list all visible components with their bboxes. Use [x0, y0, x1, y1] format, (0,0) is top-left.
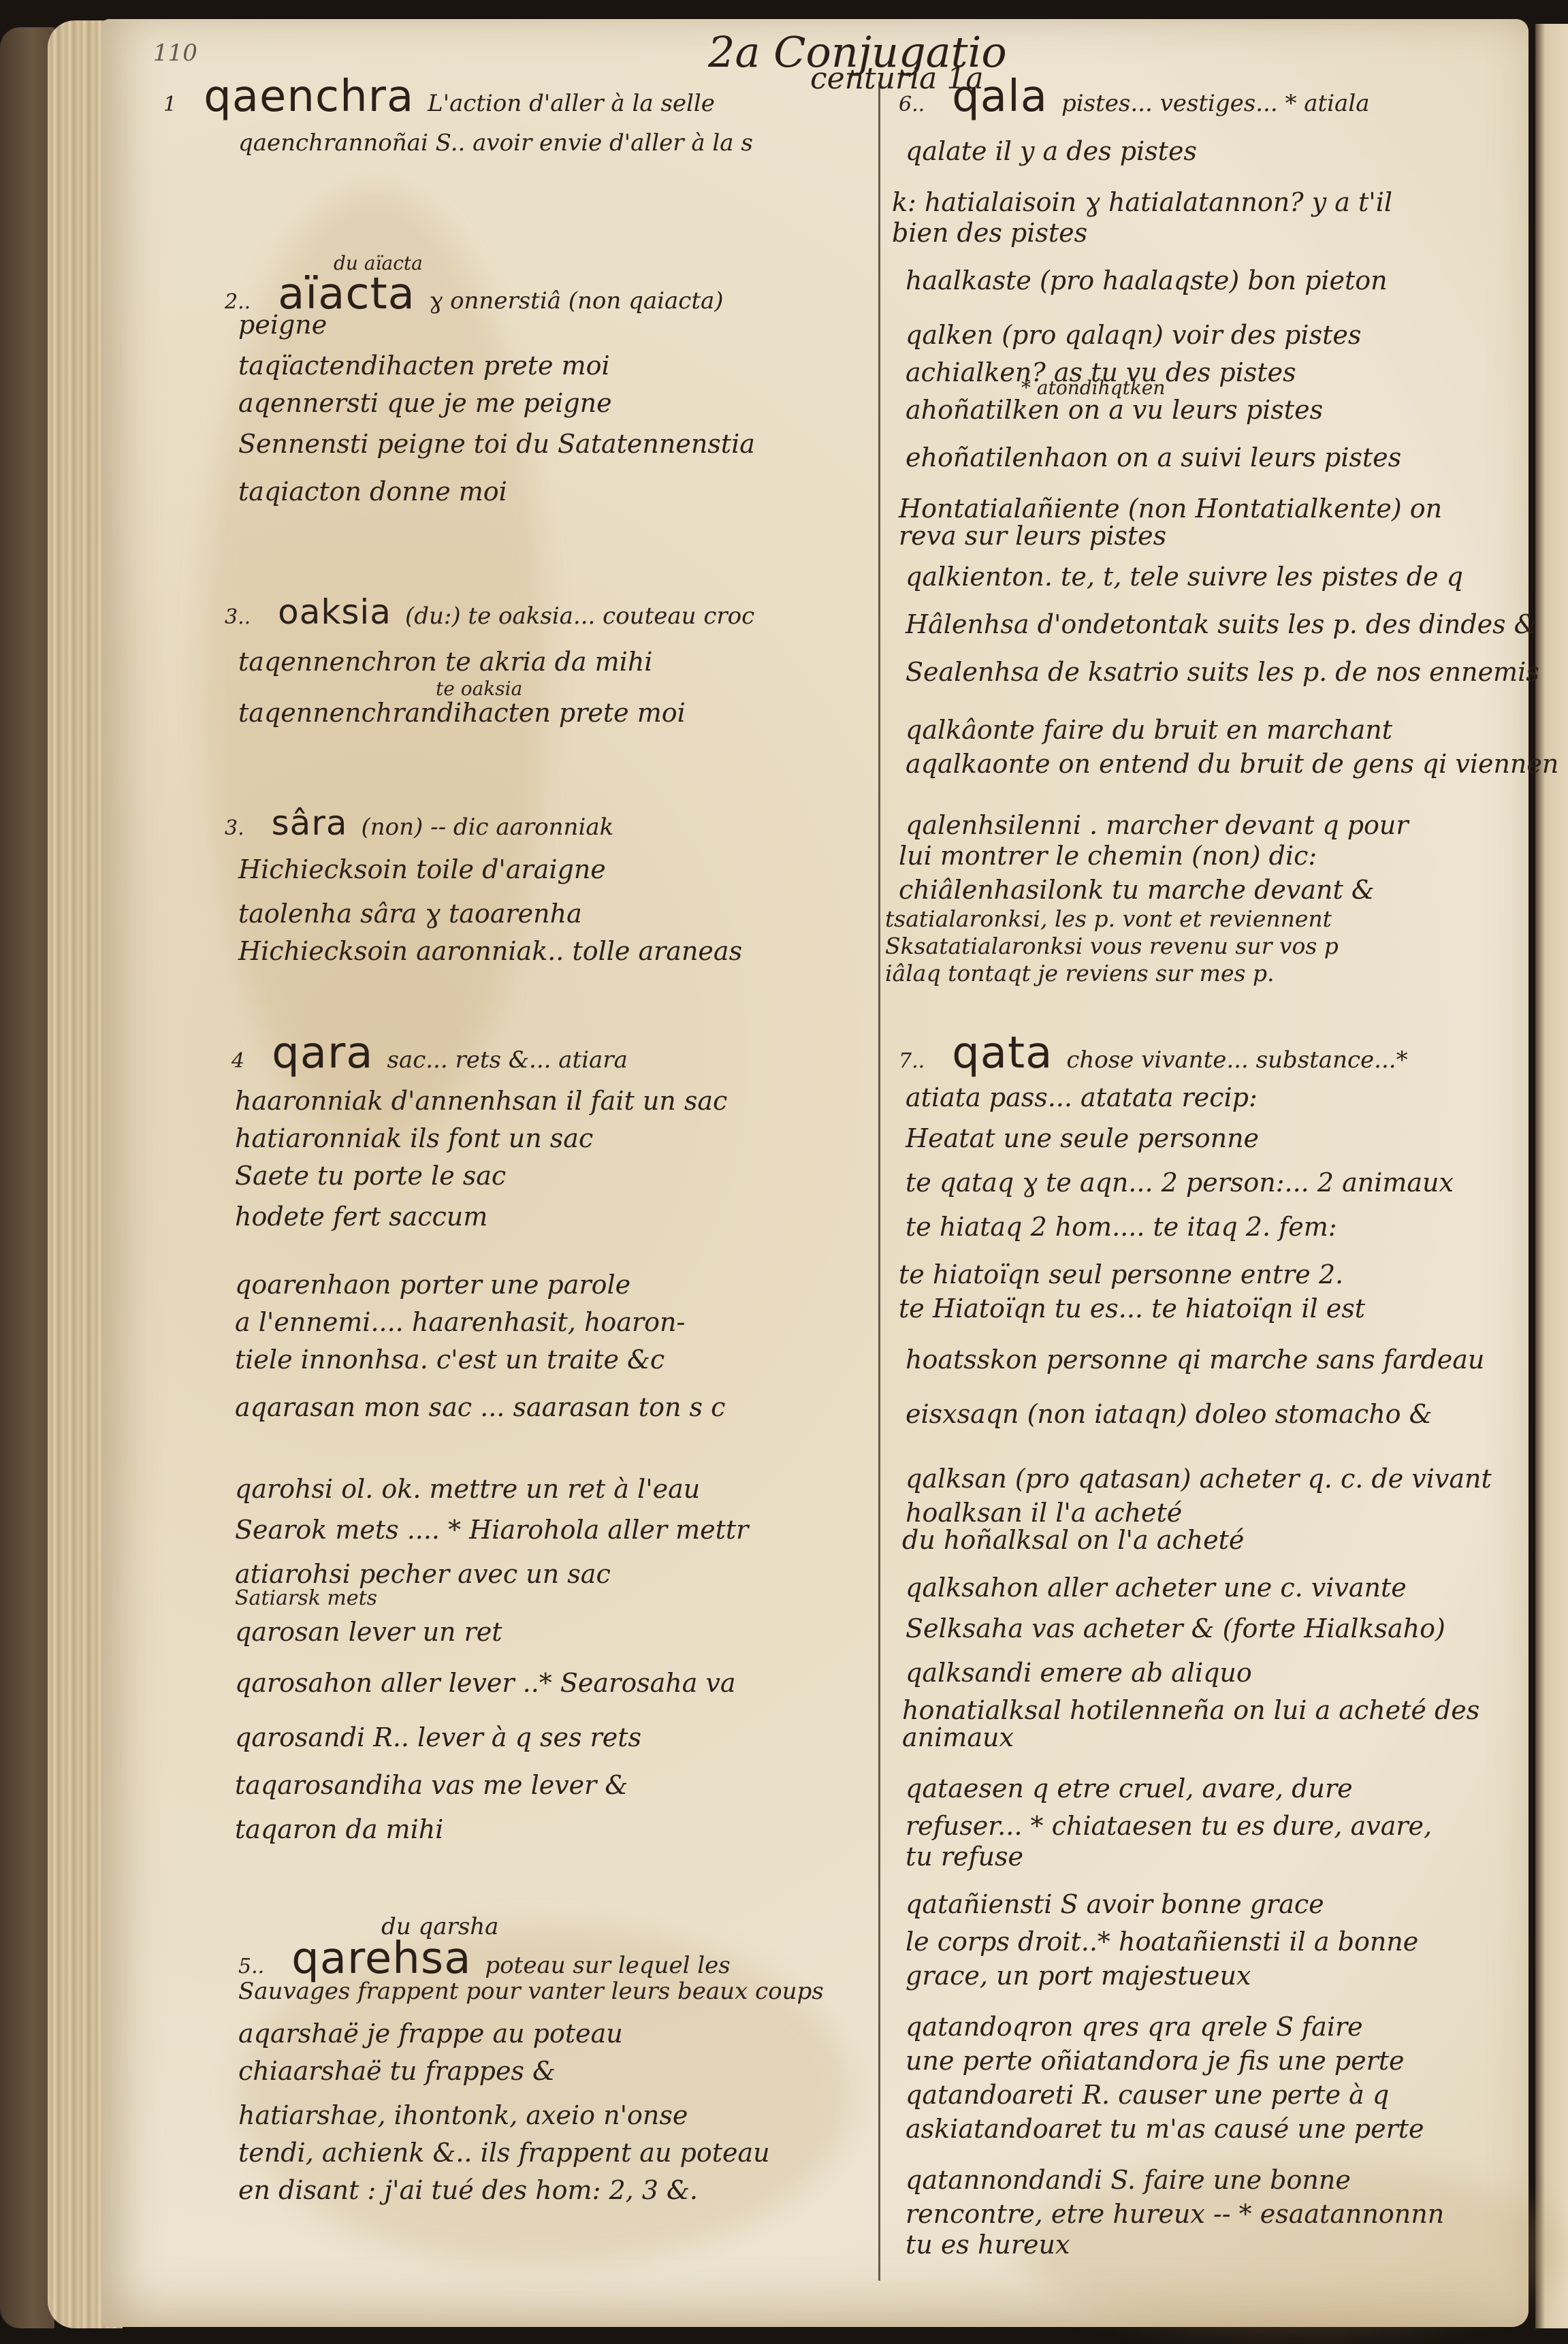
headword: qarehsa — [291, 1933, 471, 1984]
column-divider — [878, 82, 880, 2281]
entry-line: qalate il y a des pistes — [906, 136, 1197, 166]
entry-line: tu refuse — [906, 1842, 1023, 1872]
entry-line: te hiataq 2 hom.... te itaq 2. fem: — [906, 1212, 1337, 1242]
entry-line: qarosandi R.. lever à q ses rets — [235, 1722, 641, 1752]
entry-line: honatialksal hotilenneña on lui a acheté… — [902, 1695, 1479, 1725]
entry-line: aqennersti que je me peigne — [238, 388, 612, 418]
entry-line: qalkâonte faire du bruit en marchant — [906, 715, 1392, 745]
entry-number: 4 — [231, 1049, 244, 1073]
entry-line: iâlaq tontaqt je reviens sur mes p. — [885, 960, 1275, 986]
entry-line: atiata pass... atatata recip: — [906, 1082, 1258, 1112]
entry-line: Hichiecksoin aaronniak.. tolle araneas — [238, 936, 742, 966]
entry-line: qatannondandi S. faire une bonne — [906, 2165, 1351, 2195]
entry-line: le corps droit..* hoatañiensti il a bonn… — [906, 1927, 1418, 1957]
entry-line: te qataq ɣ te aqn... 2 person:... 2 anim… — [906, 1168, 1454, 1198]
entry-line: askiatandoaret tu m'as causé une perte — [906, 2114, 1424, 2144]
entry-heading: 1qaenchraL'action d'aller à la selle — [163, 71, 715, 122]
page-number: 110 — [153, 39, 197, 67]
gloss: ɣ onnerstiâ (non qaiacta) — [429, 287, 724, 315]
entry-line: hodete fert saccum — [235, 1202, 487, 1232]
entry-line: lui montrer le chemin (non) dic: — [899, 841, 1317, 871]
gloss: chose vivante... substance...* — [1066, 1046, 1407, 1074]
entry-line: hoalksan il l'a acheté — [906, 1498, 1182, 1528]
headword: qara — [272, 1028, 373, 1078]
entry-line: tu es hureux — [906, 2230, 1070, 2260]
entry-line: rencontre, etre hureux -- * esaatannonnn — [906, 2199, 1444, 2229]
entry-line: qataesen q etre cruel, avare, dure — [906, 1773, 1353, 1803]
entry-line: hoatsskon personne qi marche sans fardea… — [906, 1345, 1484, 1375]
entry-line: qaenchrannoñai S.. avoir envie d'aller à… — [238, 129, 753, 157]
entry-line: Searok mets .... * Hiarohola aller mettr — [235, 1515, 748, 1545]
entry-line: Sauvages frappent pour vanter leurs beau… — [238, 1978, 824, 2005]
entry-heading: 4qarasac... rets &... atiara — [231, 1028, 628, 1078]
entry-line: te Hiatoïqn tu es... te hiatoïqn il est — [899, 1294, 1365, 1323]
entry-line: qarohsi ol. ok. mettre un ret à l'eau — [235, 1474, 700, 1504]
entry-number: 1 — [163, 93, 176, 116]
entry-number: 3. — [225, 816, 244, 840]
entry-line: tendi, achienk &.. ils frappent au potea… — [238, 2138, 770, 2168]
entry-line: Hâlenhsa d'ondetontak suits les p. des d… — [906, 609, 1537, 639]
entry-line: Sealenhsa de ksatrio suits les p. de nos… — [906, 657, 1539, 687]
entry-line: haaronniak d'annenhsan il fait un sac — [235, 1086, 727, 1116]
entry-line: aqalkaonte on entend du bruit de gens qi… — [906, 749, 1558, 779]
entry-line: une perte oñiatandora je fis une perte — [906, 2046, 1405, 2076]
entry-line: qalenhsilenni . marcher devant q pour — [906, 810, 1409, 840]
entry-line: haalkaste (pro haalaqste) bon pieton — [906, 266, 1388, 295]
headword: oaksia — [278, 592, 391, 632]
entry-line: taqarosandiha vas me lever & — [235, 1770, 628, 1800]
entry-number: 6.. — [899, 93, 925, 116]
entry-line: chiâlenhasilonk tu marche devant & — [899, 875, 1375, 905]
entry-line: qatañiensti S avoir bonne grace — [906, 1889, 1324, 1919]
entry-line: hatiaronniak ils font un sac — [235, 1123, 593, 1153]
entry-line: qatandoqron qres qra qrele S faire — [906, 2012, 1363, 2042]
headword: sâra — [272, 803, 348, 843]
entry-line: taqennenchrandihacten prete moi — [238, 698, 686, 728]
entry-line: chiaarshaë tu frappes & — [238, 2056, 556, 2086]
entry-heading: 3..oaksia(du:) te oaksia... couteau croc — [225, 592, 754, 632]
entry-line: qalkienton. te, t, tele suivre les piste… — [906, 562, 1463, 592]
entry-line: bien des pistes — [892, 218, 1087, 248]
entry-line: Sksatatialaronksi vous revenu sur vos p — [885, 933, 1339, 959]
gloss: sac... rets &... atiara — [387, 1046, 627, 1074]
superscript-note: te oaksia — [436, 677, 522, 700]
entry-line: qarosan lever un ret — [235, 1617, 502, 1647]
entry-line: taqaron da mihi — [235, 1814, 443, 1844]
entry-line: k: hatialaisoin ɣ hatialatannon? y a t'i… — [892, 187, 1392, 217]
entry-line: aqarasan mon sac ... saarasan ton s c — [235, 1392, 725, 1422]
headword: qata — [952, 1028, 1053, 1078]
gloss: pistes... vestiges... * atiala — [1061, 90, 1369, 117]
entry-line: du hoñalksal on l'a acheté — [902, 1525, 1244, 1555]
entry-line: tsatialaronksi, les p. vont et reviennen… — [885, 905, 1332, 932]
entry-line: tiele innonhsa. c'est un traite &c — [235, 1345, 665, 1375]
entry-line: a l'ennemi.... haarenhasit, hoaron- — [235, 1307, 685, 1337]
headword: qala — [952, 71, 1048, 122]
entry-line: en disant : j'ai tué des hom: 2, 3 &. — [238, 2175, 698, 2205]
entry-line: qoarenhaon porter une parole — [235, 1270, 630, 1300]
entry-line: Satiarsk mets — [235, 1586, 377, 1610]
entry-line: qatandoareti R. causer une perte à q — [906, 2080, 1389, 2110]
entry-line: qalksandi emere ab aliquo — [906, 1658, 1252, 1688]
entry-line: eisxsaqn (non iataqn) doleo stomacho & — [906, 1399, 1432, 1429]
entry-line: Heatat une seule personne — [906, 1123, 1259, 1153]
entry-line: Saete tu porte le sac — [235, 1161, 506, 1191]
entry-line: hatiarshae, ihontonk, axeio n'onse — [238, 2100, 688, 2130]
entry-heading: 7..qatachose vivante... substance...* — [899, 1028, 1408, 1078]
entry-line: grace, un port majestueux — [906, 1961, 1251, 1991]
entry-number: 5.. — [238, 1955, 264, 1978]
entry-line: qalken (pro qalaqn) voir des pistes — [906, 320, 1361, 350]
entry-number: 7.. — [899, 1049, 925, 1073]
entry-line: animaux — [902, 1722, 1014, 1752]
entry-line: taqïactendihacten prete moi — [238, 351, 610, 381]
entry-line: te hiatoïqn seul personne entre 2. — [899, 1259, 1343, 1289]
entry-line: ehoñatilenhaon on a suivi leurs pistes — [906, 443, 1401, 472]
entry-line: aqarshaë je frappe au poteau — [238, 2019, 623, 2049]
entry-line: ahoñatilken on a vu leurs pistes — [906, 395, 1323, 425]
entry-line: qalksan (pro qatasan) acheter q. c. de v… — [906, 1464, 1492, 1494]
entry-line: qarosahon aller lever ..* Searosaha va — [235, 1668, 736, 1698]
entry-line: atiarohsi pecher avec un sac — [235, 1559, 611, 1589]
entry-number: 3.. — [225, 605, 251, 629]
entry-line: taqiacton donne moi — [238, 477, 507, 507]
entry-line: peigne — [238, 310, 327, 340]
entry-heading: 6..qalapistes... vestiges... * atiala — [899, 71, 1369, 122]
entry-line: taolenha sâra ɣ taoarenha — [238, 899, 582, 929]
adjacent-page-edge — [1535, 24, 1568, 2328]
entry-heading: 3.sâra(non) -- dic aaronniak — [225, 803, 613, 843]
headword: qaenchra — [204, 71, 414, 122]
gloss: poteau sur lequel les — [485, 1952, 730, 1979]
entry-line: taqennenchron te akria da mihi — [238, 647, 652, 677]
entry-line: refuser... * chiataesen tu es dure, avar… — [906, 1811, 1432, 1841]
entry-line: Hichiecksoin toile d'araigne — [238, 854, 606, 884]
entry-line: Sennensti peigne toi du Satatennenstia — [238, 429, 755, 459]
entry-line: reva sur leurs pistes — [899, 521, 1166, 551]
book-cover — [0, 27, 54, 2328]
entry-line: Hontatialañiente (non Hontatialkente) on — [899, 494, 1442, 524]
entry-line: Selksaha vas acheter & (forte Hialksaho) — [906, 1613, 1445, 1643]
gloss: (non) -- dic aaronniak — [362, 814, 614, 841]
entry-heading: 5..qarehsapoteau sur lequel les — [238, 1933, 731, 1984]
gloss: L'action d'aller à la selle — [428, 90, 715, 117]
gloss: (du:) te oaksia... couteau croc — [405, 603, 754, 630]
entry-line: qalksahon aller acheter une c. vivante — [906, 1573, 1407, 1603]
